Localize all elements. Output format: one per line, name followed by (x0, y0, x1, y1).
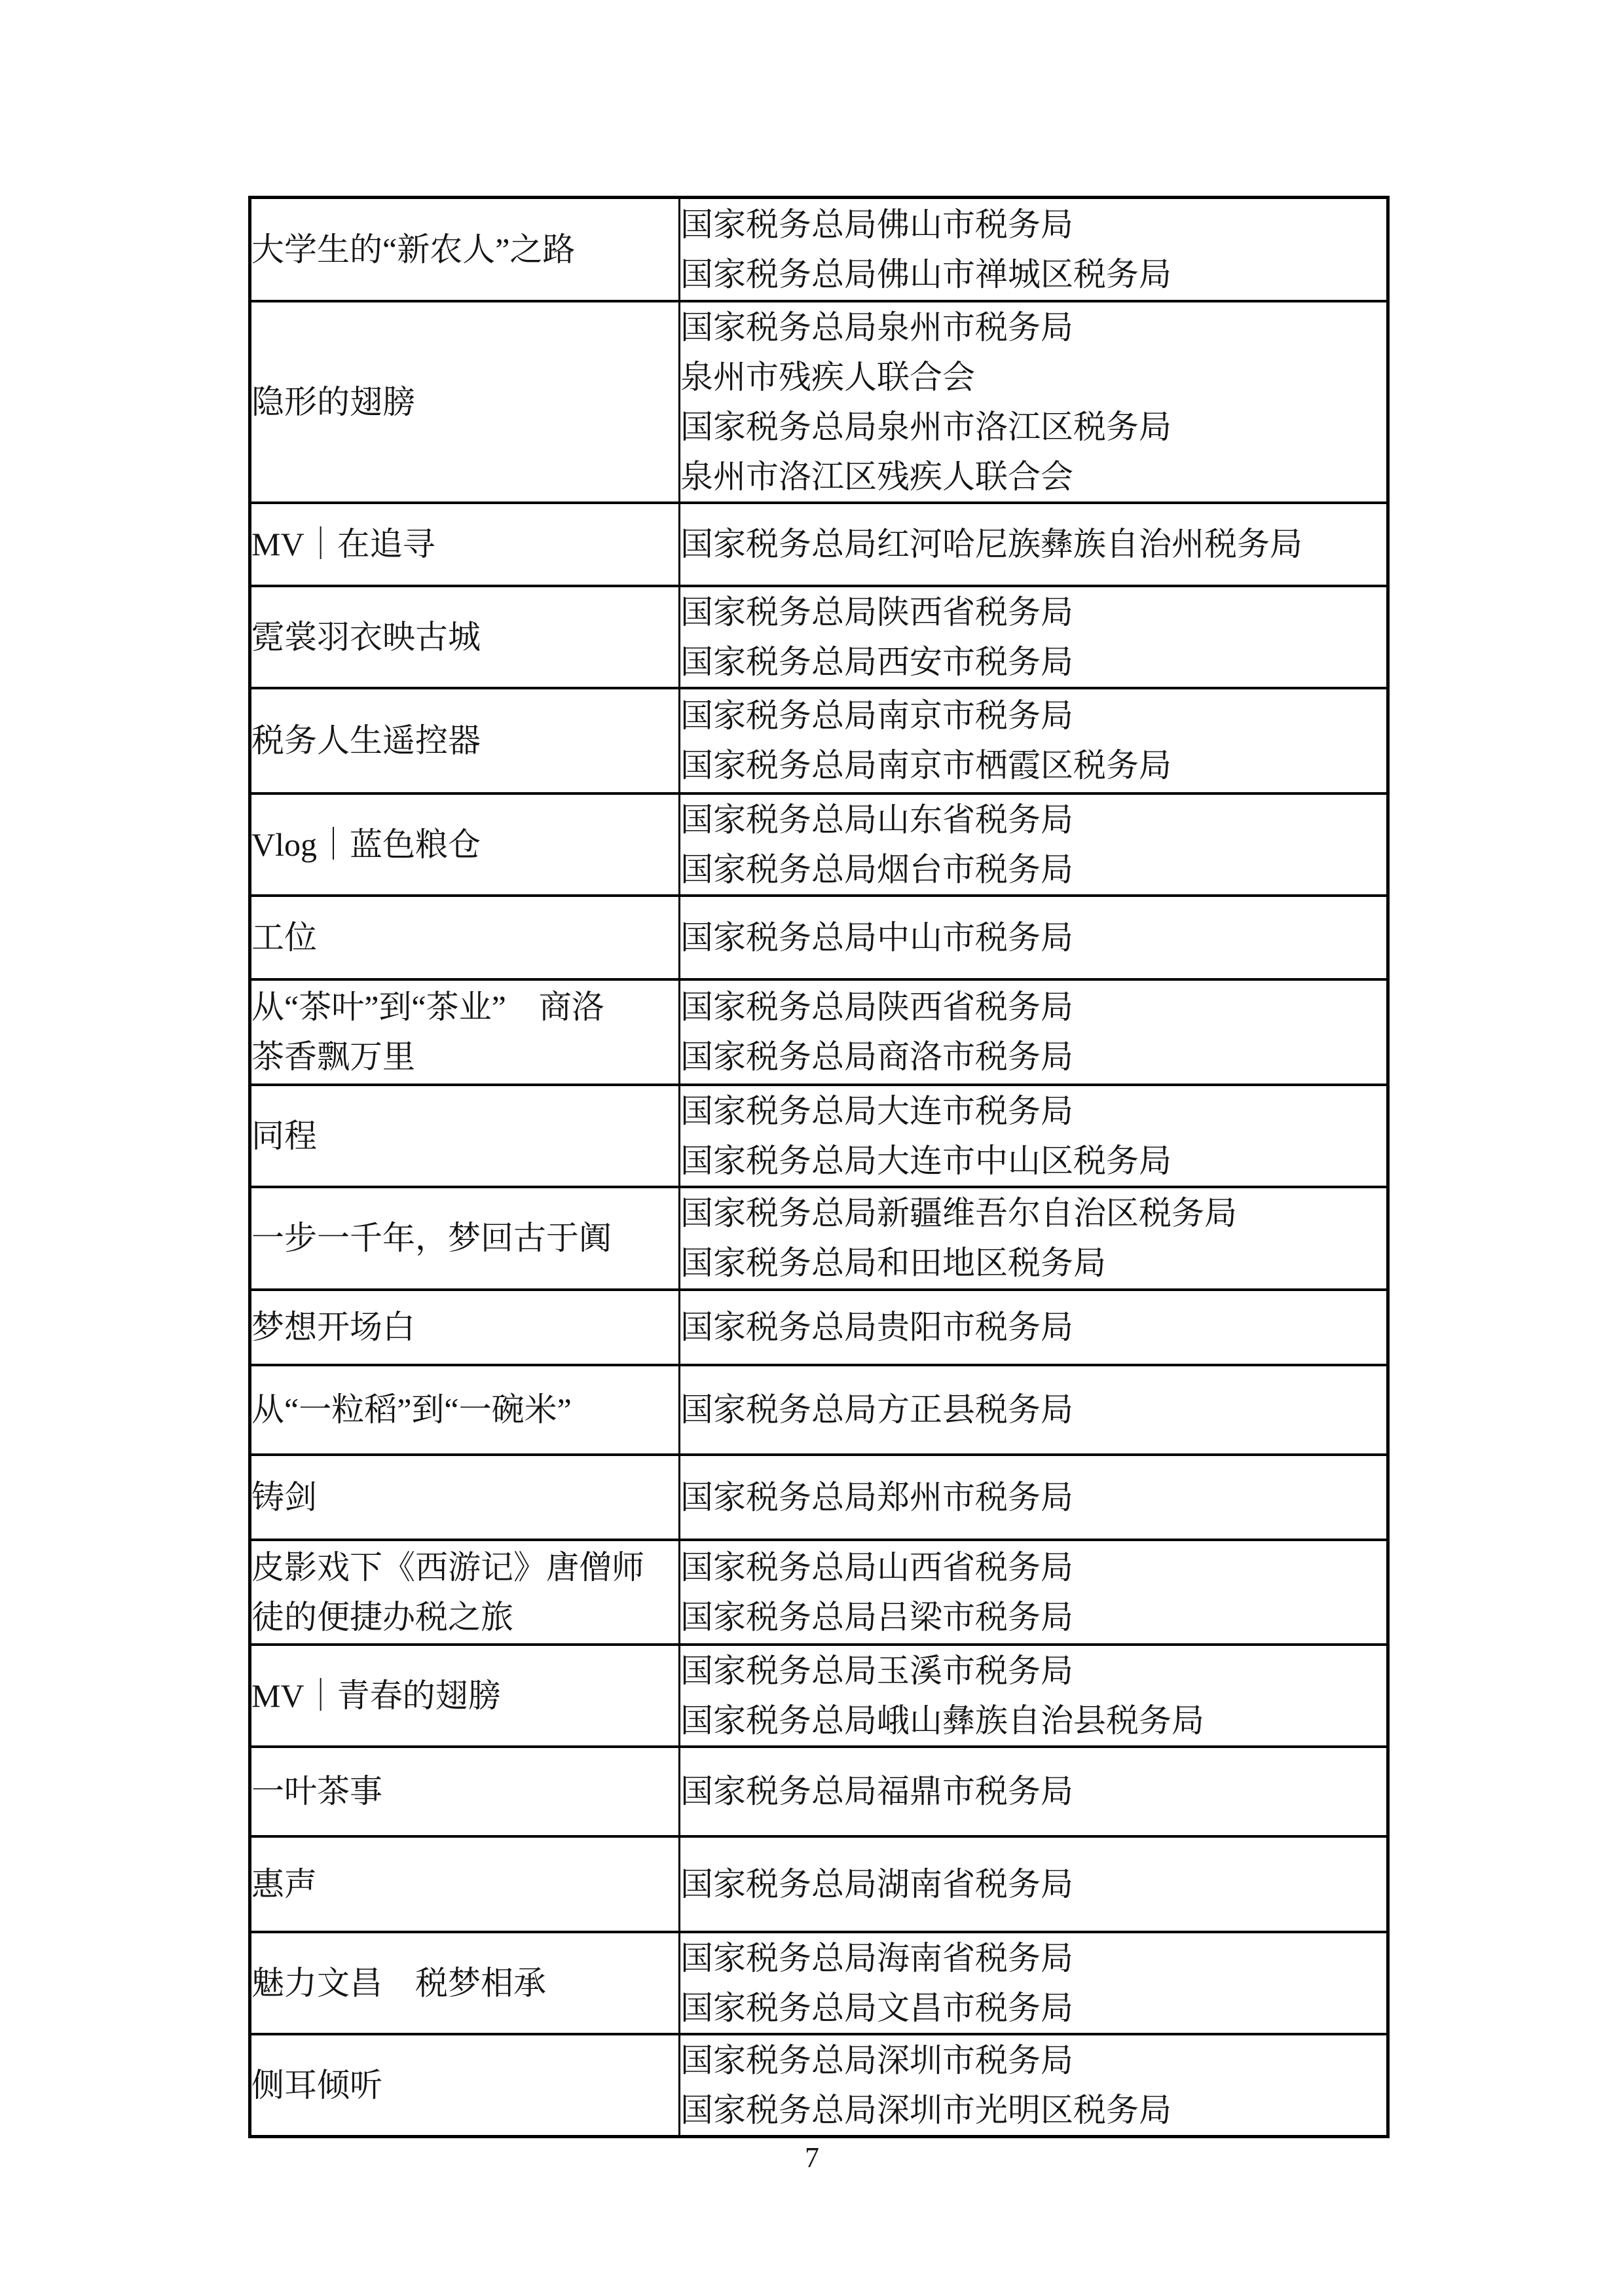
work-title-line: 惠声 (251, 1859, 678, 1909)
organization-cell: 国家税务总局红河哈尼族彝族自治州税务局 (680, 503, 1388, 586)
document-page: 大学生的“新农人”之路国家税务总局佛山市税务局国家税务总局佛山市禅城区税务局隐形… (0, 0, 1624, 2296)
organization-line: 国家税务总局深圳市光明区税务局 (680, 2085, 1386, 2135)
organization-line: 国家税务总局红河哈尼族彝族自治州税务局 (680, 519, 1386, 569)
organization-line: 国家税务总局陕西省税务局 (680, 982, 1386, 1032)
work-title-line: 大学生的“新农人”之路 (251, 225, 678, 274)
organization-line: 国家税务总局大连市中山区税务局 (680, 1136, 1386, 1186)
work-title-line: 茶香飘万里 (251, 1032, 678, 1082)
work-title-line: 侧耳倾听 (251, 2060, 678, 2110)
organization-cell: 国家税务总局南京市税务局国家税务总局南京市栖霞区税务局 (680, 688, 1388, 793)
organization-cell: 国家税务总局大连市税务局国家税务总局大连市中山区税务局 (680, 1085, 1388, 1187)
table-row: MV｜在追寻国家税务总局红河哈尼族彝族自治州税务局 (250, 503, 1388, 586)
organization-line: 国家税务总局泉州市税务局 (680, 302, 1386, 352)
table-row: 从“一粒稻”到“一碗米”国家税务总局方正县税务局 (250, 1365, 1388, 1455)
table-row: 惠声国家税务总局湖南省税务局 (250, 1836, 1388, 1932)
organization-cell: 国家税务总局贵阳市税务局 (680, 1290, 1388, 1365)
organization-cell: 国家税务总局山东省税务局国家税务总局烟台市税务局 (680, 793, 1388, 896)
table-row: 霓裳羽衣映古城国家税务总局陕西省税务局国家税务总局西安市税务局 (250, 586, 1388, 688)
work-title-line: 一叶茶事 (251, 1766, 678, 1816)
table-row: 一步一千年，梦回古于阗国家税务总局新疆维吾尔自治区税务局国家税务总局和田地区税务… (250, 1187, 1388, 1290)
work-title-cell: 铸剑 (250, 1455, 680, 1540)
work-title-line: 隐形的翅膀 (251, 377, 678, 427)
organization-line: 国家税务总局文昌市税务局 (680, 1983, 1386, 2033)
work-title-line: MV｜在追寻 (251, 519, 678, 569)
work-title-cell: 一步一千年，梦回古于阗 (250, 1187, 680, 1290)
table-row: MV｜青春的翅膀国家税务总局玉溪市税务局国家税务总局峨山彝族自治县税务局 (250, 1645, 1388, 1747)
organization-line: 国家税务总局中山市税务局 (680, 913, 1386, 962)
work-title-cell: MV｜青春的翅膀 (250, 1645, 680, 1747)
page-number: 7 (0, 2140, 1624, 2176)
organization-line: 国家税务总局商洛市税务局 (680, 1032, 1386, 1082)
table-row: 隐形的翅膀国家税务总局泉州市税务局泉州市残疾人联合会国家税务总局泉州市洛江区税务… (250, 301, 1388, 503)
work-title-line: 皮影戏下《西游记》唐僧师 (251, 1542, 678, 1592)
work-title-cell: 同程 (250, 1085, 680, 1187)
organization-line: 国家税务总局峨山彝族自治县税务局 (680, 1696, 1386, 1745)
work-title-cell: 皮影戏下《西游记》唐僧师徒的便捷办税之旅 (250, 1540, 680, 1645)
organization-line: 国家税务总局泉州市洛江区税务局 (680, 402, 1386, 452)
organization-cell: 国家税务总局山西省税务局国家税务总局吕梁市税务局 (680, 1540, 1388, 1645)
work-title-cell: 从“一粒稻”到“一碗米” (250, 1365, 680, 1455)
awards-table-body: 大学生的“新农人”之路国家税务总局佛山市税务局国家税务总局佛山市禅城区税务局隐形… (250, 198, 1388, 2137)
table-row: 工位国家税务总局中山市税务局 (250, 896, 1388, 979)
work-title-cell: MV｜在追寻 (250, 503, 680, 586)
organization-line: 国家税务总局海南省税务局 (680, 1933, 1386, 1983)
organization-cell: 国家税务总局郑州市税务局 (680, 1455, 1388, 1540)
work-title-line: 税务人生遥控器 (251, 716, 678, 765)
organization-cell: 国家税务总局新疆维吾尔自治区税务局国家税务总局和田地区税务局 (680, 1187, 1388, 1290)
work-title-cell: 隐形的翅膀 (250, 301, 680, 503)
organization-line: 国家税务总局玉溪市税务局 (680, 1646, 1386, 1696)
work-title-line: Vlog｜蓝色粮仓 (251, 820, 678, 869)
organization-cell: 国家税务总局海南省税务局国家税务总局文昌市税务局 (680, 1932, 1388, 2034)
work-title-cell: 一叶茶事 (250, 1747, 680, 1836)
organization-cell: 国家税务总局福鼎市税务局 (680, 1747, 1388, 1836)
work-title-cell: Vlog｜蓝色粮仓 (250, 793, 680, 896)
organization-line: 泉州市残疾人联合会 (680, 352, 1386, 402)
organization-cell: 国家税务总局湖南省税务局 (680, 1836, 1388, 1932)
organization-cell: 国家税务总局佛山市税务局国家税务总局佛山市禅城区税务局 (680, 198, 1388, 301)
organization-line: 国家税务总局方正县税务局 (680, 1385, 1386, 1434)
organization-line: 国家税务总局福鼎市税务局 (680, 1766, 1386, 1816)
organization-cell: 国家税务总局玉溪市税务局国家税务总局峨山彝族自治县税务局 (680, 1645, 1388, 1747)
table-row: 铸剑国家税务总局郑州市税务局 (250, 1455, 1388, 1540)
table-row: 梦想开场白国家税务总局贵阳市税务局 (250, 1290, 1388, 1365)
organization-line: 国家税务总局南京市税务局 (680, 691, 1386, 740)
organization-line: 国家税务总局郑州市税务局 (680, 1472, 1386, 1522)
organization-line: 国家税务总局陕西省税务局 (680, 587, 1386, 637)
organization-line: 国家税务总局佛山市禅城区税务局 (680, 249, 1386, 299)
work-title-line: 工位 (251, 913, 678, 962)
organization-line: 国家税务总局山西省税务局 (680, 1542, 1386, 1592)
table-row: 从“茶叶”到“茶业” 商洛茶香飘万里国家税务总局陕西省税务局国家税务总局商洛市税… (250, 979, 1388, 1085)
organization-cell: 国家税务总局方正县税务局 (680, 1365, 1388, 1455)
work-title-cell: 从“茶叶”到“茶业” 商洛茶香飘万里 (250, 979, 680, 1085)
table-row: Vlog｜蓝色粮仓国家税务总局山东省税务局国家税务总局烟台市税务局 (250, 793, 1388, 896)
organization-cell: 国家税务总局陕西省税务局国家税务总局西安市税务局 (680, 586, 1388, 688)
table-row: 同程国家税务总局大连市税务局国家税务总局大连市中山区税务局 (250, 1085, 1388, 1187)
organization-cell: 国家税务总局深圳市税务局国家税务总局深圳市光明区税务局 (680, 2034, 1388, 2137)
organization-line: 国家税务总局大连市税务局 (680, 1086, 1386, 1136)
table-row: 大学生的“新农人”之路国家税务总局佛山市税务局国家税务总局佛山市禅城区税务局 (250, 198, 1388, 301)
work-title-line: 从“茶叶”到“茶业” 商洛 (251, 982, 678, 1032)
organization-line: 泉州市洛江区残疾人联合会 (680, 452, 1386, 501)
work-title-line: 魅力文昌 税梦相承 (251, 1958, 678, 2008)
organization-line: 国家税务总局西安市税务局 (680, 637, 1386, 687)
work-title-cell: 霓裳羽衣映古城 (250, 586, 680, 688)
work-title-line: 铸剑 (251, 1472, 678, 1522)
table-row: 税务人生遥控器国家税务总局南京市税务局国家税务总局南京市栖霞区税务局 (250, 688, 1388, 793)
organization-line: 国家税务总局和田地区税务局 (680, 1238, 1386, 1288)
work-title-cell: 大学生的“新农人”之路 (250, 198, 680, 301)
work-title-cell: 魅力文昌 税梦相承 (250, 1932, 680, 2034)
work-title-line: 从“一粒稻”到“一碗米” (251, 1385, 678, 1434)
organization-line: 国家税务总局湖南省税务局 (680, 1859, 1386, 1909)
work-title-cell: 工位 (250, 896, 680, 979)
work-title-line: 徒的便捷办税之旅 (251, 1592, 678, 1642)
organization-line: 国家税务总局南京市栖霞区税务局 (680, 740, 1386, 790)
work-title-cell: 梦想开场白 (250, 1290, 680, 1365)
work-title-line: 一步一千年，梦回古于阗 (251, 1213, 678, 1263)
awards-table: 大学生的“新农人”之路国家税务总局佛山市税务局国家税务总局佛山市禅城区税务局隐形… (248, 196, 1390, 2138)
table-row: 侧耳倾听国家税务总局深圳市税务局国家税务总局深圳市光明区税务局 (250, 2034, 1388, 2137)
organization-line: 国家税务总局吕梁市税务局 (680, 1592, 1386, 1642)
table-row: 皮影戏下《西游记》唐僧师徒的便捷办税之旅国家税务总局山西省税务局国家税务总局吕梁… (250, 1540, 1388, 1645)
organization-line: 国家税务总局佛山市税务局 (680, 200, 1386, 249)
work-title-cell: 侧耳倾听 (250, 2034, 680, 2137)
work-title-line: MV｜青春的翅膀 (251, 1671, 678, 1721)
organization-line: 国家税务总局贵阳市税务局 (680, 1302, 1386, 1352)
organization-line: 国家税务总局山东省税务局 (680, 795, 1386, 845)
organization-cell: 国家税务总局中山市税务局 (680, 896, 1388, 979)
work-title-cell: 惠声 (250, 1836, 680, 1932)
work-title-line: 霓裳羽衣映古城 (251, 612, 678, 662)
organization-cell: 国家税务总局泉州市税务局泉州市残疾人联合会国家税务总局泉州市洛江区税务局泉州市洛… (680, 301, 1388, 503)
organization-line: 国家税务总局新疆维吾尔自治区税务局 (680, 1188, 1386, 1238)
organization-cell: 国家税务总局陕西省税务局国家税务总局商洛市税务局 (680, 979, 1388, 1085)
organization-line: 国家税务总局深圳市税务局 (680, 2035, 1386, 2085)
work-title-cell: 税务人生遥控器 (250, 688, 680, 793)
work-title-line: 同程 (251, 1111, 678, 1161)
organization-line: 国家税务总局烟台市税务局 (680, 845, 1386, 894)
table-row: 魅力文昌 税梦相承国家税务总局海南省税务局国家税务总局文昌市税务局 (250, 1932, 1388, 2034)
work-title-line: 梦想开场白 (251, 1302, 678, 1352)
table-row: 一叶茶事国家税务总局福鼎市税务局 (250, 1747, 1388, 1836)
